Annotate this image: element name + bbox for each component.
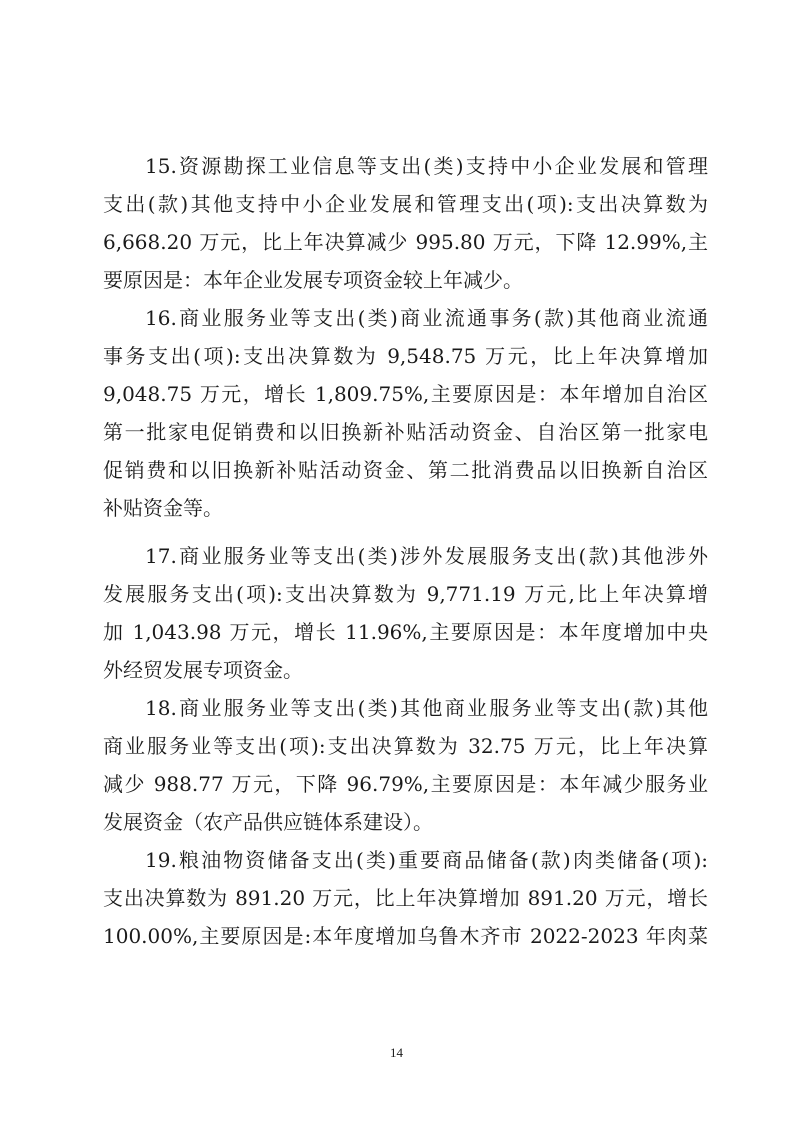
text-line: 外经贸发展专项资金。 [103,656,708,684]
text-line: 17.商业服务业等支出(类)涉外发展服务支出(款)其他涉外 [145,542,708,570]
text-line: 要原因是：本年企业发展专项资金较上年减少。 [103,266,708,294]
text-line: 第一批家电促销费和以旧换新补贴活动资金、自治区第一批家电 [103,418,708,446]
text-line: 6,668.20 万元，比上年决算减少 995.80 万元，下降 12.99%,… [103,228,708,256]
text-line: 商业服务业等支出(项):支出决算数为 32.75 万元，比上年决算 [103,732,708,760]
text-line: 支出(款)其他支持中小企业发展和管理支出(项):支出决算数为 [103,190,708,218]
text-line: 促销费和以旧换新补贴活动资金、第二批消费品以旧换新自治区 [103,456,708,484]
text-line: 发展资金（农产品供应链体系建设）。 [103,808,708,836]
text-line: 支出决算数为 891.20 万元，比上年决算增加 891.20 万元，增长 [103,884,708,912]
text-line: 9,048.75 万元，增长 1,809.75%,主要原因是：本年增加自治区 [103,380,708,408]
text-line: 100.00%,主要原因是:本年度增加乌鲁木齐市 2022-2023 年肉菜 [103,922,708,950]
text-line: 补贴资金等。 [103,494,708,522]
text-line: 15.资源勘探工业信息等支出(类)支持中小企业发展和管理 [145,152,708,180]
text-line: 发展服务支出(项):支出决算数为 9,771.19 万元,比上年决算增 [103,580,708,608]
text-line: 事务支出(项):支出决算数为 9,548.75 万元，比上年决算增加 [103,342,708,370]
text-line: 18.商业服务业等支出(类)其他商业服务业等支出(款)其他 [145,694,708,722]
text-line: 加 1,043.98 万元，增长 11.96%,主要原因是：本年度增加中央 [103,618,708,646]
text-line: 16.商业服务业等支出(类)商业流通事务(款)其他商业流通 [145,304,708,332]
page-number: 14 [0,1045,793,1061]
text-line: 减少 988.77 万元，下降 96.79%,主要原因是：本年减少服务业 [103,770,708,798]
document-page: 15.资源勘探工业信息等支出(类)支持中小企业发展和管理 支出(款)其他支持中小… [0,0,793,1122]
text-line: 19.粮油物资储备支出(类)重要商品储备(款)肉类储备(项): [145,846,708,874]
